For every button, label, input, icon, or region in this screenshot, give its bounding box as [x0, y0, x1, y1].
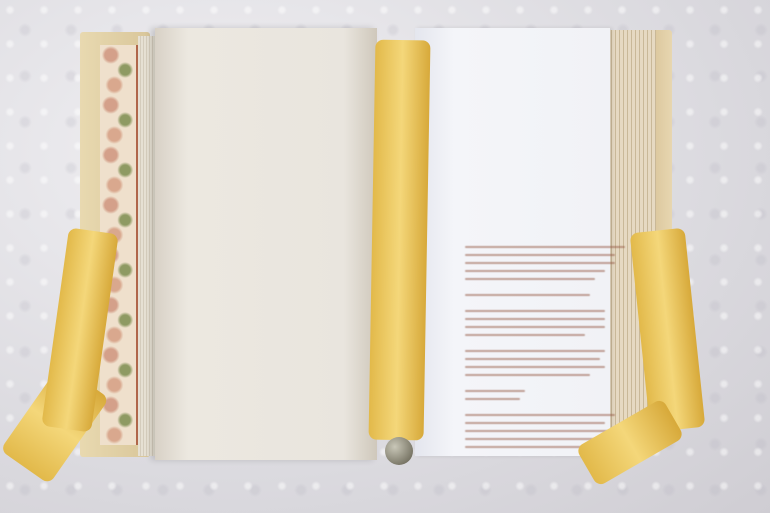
ink-line [465, 310, 605, 312]
ink-line [465, 350, 605, 352]
ink-line [465, 334, 585, 336]
ink-line [465, 358, 600, 360]
ink-line [465, 294, 590, 296]
ink-line [465, 430, 610, 432]
ribbon-center [369, 40, 431, 441]
ink-line [465, 374, 590, 376]
ink-line [465, 254, 615, 256]
ink-line [465, 366, 605, 368]
ink-line [465, 318, 605, 320]
ink-line [465, 414, 615, 416]
metal-bead-charm [385, 437, 413, 465]
ink-line [465, 326, 605, 328]
ink-line [465, 438, 605, 440]
ink-line [465, 262, 615, 264]
ink-line [465, 246, 625, 248]
ink-line [465, 422, 605, 424]
ink-line [465, 278, 595, 280]
blank-left-page [155, 28, 377, 460]
ink-line [465, 390, 525, 392]
ink-line [465, 270, 605, 272]
ink-line [465, 398, 520, 400]
ink-line [465, 446, 585, 448]
handwritten-notes [465, 240, 605, 454]
